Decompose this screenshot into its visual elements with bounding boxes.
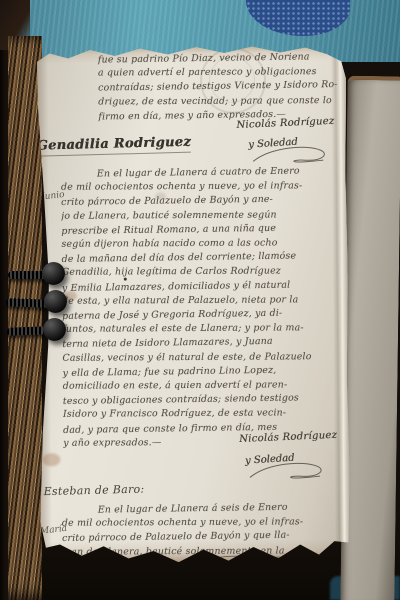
underlying-page — [340, 76, 400, 600]
stain-spot — [42, 453, 60, 466]
pin-head — [43, 318, 66, 341]
baptism-record-heading: Genadilia Rodriguez — [36, 135, 191, 157]
binding-pin — [6, 290, 70, 314]
pin-head — [44, 290, 67, 313]
photo-frame: fue su padrino Pío Diaz, vecino de Norie… — [0, 0, 400, 600]
baptism-record-body: En el lugar de Llanera á cuatro de Enero… — [61, 165, 337, 451]
binding-pin — [8, 262, 68, 286]
baptism-record-heading: Esteban de Baro: — [43, 482, 144, 502]
binding-pin — [7, 318, 69, 342]
previous-record-end: fue su padrino Pío Diaz, vecino de Norie… — [98, 51, 345, 124]
signature-rubric: y Soledad — [245, 451, 329, 485]
manuscript-page: fue su padrino Pío Diaz, vecino de Norie… — [34, 43, 351, 564]
pin-head — [42, 262, 65, 285]
